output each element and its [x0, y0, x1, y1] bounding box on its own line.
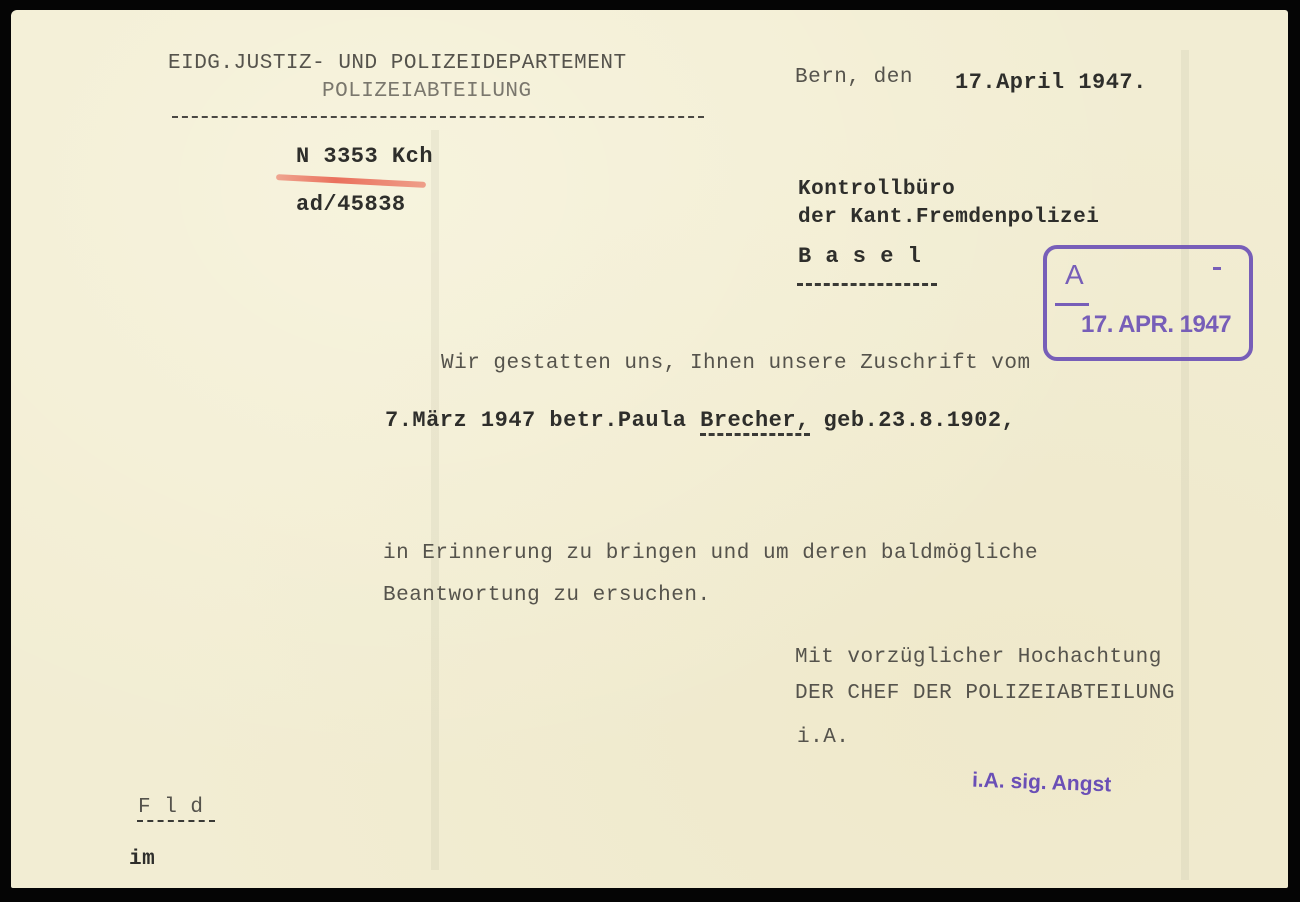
initials-underline — [137, 820, 215, 822]
letterhead-department: EIDG.JUSTIZ- UND POLIZEIDEPARTEMENT — [168, 52, 627, 75]
subject-name: Brecher, — [700, 408, 810, 436]
closing-on-behalf: i.A. — [797, 726, 849, 749]
letterhead-rule — [172, 116, 704, 118]
recipient-city: B a s e l — [798, 244, 921, 269]
body-line-2-suffix: geb.23.8.1902, — [810, 408, 1016, 433]
case-number: ad/45838 — [296, 192, 406, 217]
document-scan: EIDG.JUSTIZ- UND POLIZEIDEPARTEMENT POLI… — [0, 0, 1300, 902]
recipient-agency: der Kant.Fremdenpolizei — [798, 206, 1099, 229]
dateline-place: Bern, den — [795, 66, 913, 89]
footer-note: im — [129, 848, 155, 871]
paper-fold-shadow — [1181, 50, 1189, 880]
recipient-city-underline — [797, 283, 937, 286]
dateline-date: 17.April 1947. — [955, 70, 1147, 95]
typist-initials: F l d — [138, 796, 204, 819]
body-line-3: in Erinnerung zu bringen und um deren ba… — [383, 542, 1038, 565]
stamp-tick — [1213, 267, 1221, 270]
received-date-stamp: A 17. APR. 1947 — [1043, 245, 1253, 361]
body-line-2-prefix: 7.März 1947 betr.Paula — [385, 408, 700, 433]
body-line-2: 7.März 1947 betr.Paula Brecher, geb.23.8… — [385, 408, 1015, 433]
signature-stamp: i.A. sig. Angst — [972, 769, 1112, 798]
stamp-letter: A — [1065, 259, 1084, 291]
body-line-1: Wir gestatten uns, Ihnen unsere Zuschrif… — [441, 352, 1031, 375]
letterhead-division: POLIZEIABTEILUNG — [322, 80, 532, 103]
closing-title: DER CHEF DER POLIZEIABTEILUNG — [795, 682, 1175, 705]
stamp-underline — [1055, 303, 1089, 306]
closing-salutation: Mit vorzüglicher Hochachtung — [795, 646, 1162, 669]
paper-fold-shadow — [431, 130, 439, 870]
file-number: N 3353 Kch — [296, 144, 433, 169]
recipient-office: Kontrollbüro — [798, 178, 955, 201]
stamp-date: 17. APR. 1947 — [1081, 311, 1231, 339]
letter-paper — [11, 10, 1288, 888]
body-line-4: Beantwortung zu ersuchen. — [383, 584, 711, 607]
